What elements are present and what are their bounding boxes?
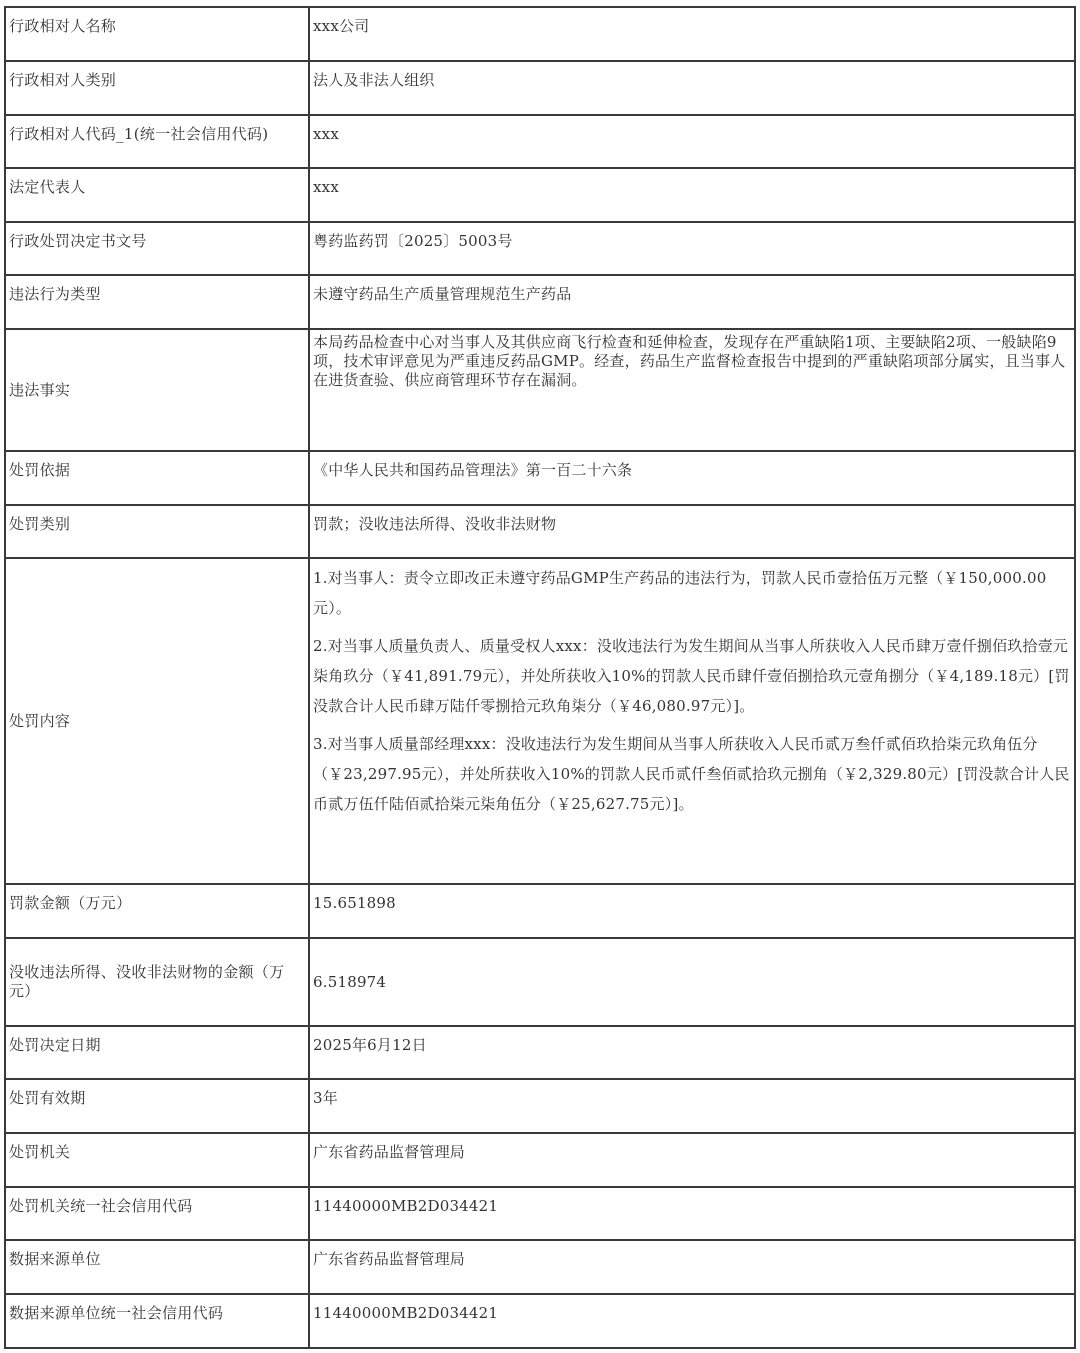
row-label: 违法事实 [5, 329, 309, 451]
penalty-item-3: 3.对当事人质量部经理xxx：没收违法行为发生期间从当事人所获收入人民币贰万叁仟… [313, 729, 1070, 819]
row-value: 广东省药品监督管理局 [309, 1240, 1075, 1294]
row-label: 数据来源单位统一社会信用代码 [5, 1294, 309, 1348]
row-label: 处罚依据 [5, 451, 309, 505]
row-value: 本局药品检查中心对当事人及其供应商飞行检查和延伸检查，发现存在严重缺陷1项、主要… [309, 329, 1075, 451]
row-label: 行政处罚决定书文号 [5, 222, 309, 275]
row-value: xxx公司 [309, 7, 1075, 61]
row-value: 15.651898 [309, 884, 1075, 938]
table-row-penalty-content: 处罚内容 1.对当事人：责令立即改正未遵守药品GMP生产药品的违法行为，罚款人民… [5, 558, 1075, 884]
row-value: xxx [309, 168, 1075, 222]
row-value: 粤药监药罚〔2025〕5003号 [309, 222, 1075, 275]
row-label: 行政相对人名称 [5, 7, 309, 61]
row-value: 1.对当事人：责令立即改正未遵守药品GMP生产药品的违法行为，罚款人民币壹拾伍万… [309, 558, 1075, 884]
penalty-info-table: 行政相对人名称 xxx公司 行政相对人类别 法人及非法人组织 行政相对人代码_1… [4, 6, 1076, 1349]
row-label: 没收违法所得、没收非法财物的金额（万元） [5, 938, 309, 1026]
row-label: 罚款金额（万元） [5, 884, 309, 938]
row-value: 《中华人民共和国药品管理法》第一百二十六条 [309, 451, 1075, 505]
penalty-item-2: 2.对当事人质量负责人、质量受权人xxx：没收违法行为发生期间从当事人所获收入人… [313, 631, 1070, 721]
row-value: 未遵守药品生产质量管理规范生产药品 [309, 275, 1075, 329]
row-label: 数据来源单位 [5, 1240, 309, 1294]
table-row-data-source-credit-code: 数据来源单位统一社会信用代码 11440000MB2D034421 [5, 1294, 1075, 1348]
row-value: xxx [309, 115, 1075, 168]
row-value: 广东省药品监督管理局 [309, 1133, 1075, 1187]
table-row-violation-facts: 违法事实 本局药品检查中心对当事人及其供应商飞行检查和延伸检查，发现存在严重缺陷… [5, 329, 1075, 451]
table-row-party-name: 行政相对人名称 xxx公司 [5, 7, 1075, 61]
row-label: 违法行为类型 [5, 275, 309, 329]
row-label: 处罚机关统一社会信用代码 [5, 1187, 309, 1240]
table-row-decision-number: 行政处罚决定书文号 粤药监药罚〔2025〕5003号 [5, 222, 1075, 275]
row-value: 2025年6月12日 [309, 1026, 1075, 1079]
table-row-decision-date: 处罚决定日期 2025年6月12日 [5, 1026, 1075, 1079]
row-label: 法定代表人 [5, 168, 309, 222]
table-row-legal-representative: 法定代表人 xxx [5, 168, 1075, 222]
table-row-violation-type: 违法行为类型 未遵守药品生产质量管理规范生产药品 [5, 275, 1075, 329]
row-value: 3年 [309, 1079, 1075, 1133]
table-row-authority-credit-code: 处罚机关统一社会信用代码 11440000MB2D034421 [5, 1187, 1075, 1240]
row-label: 行政相对人代码_1(统一社会信用代码) [5, 115, 309, 168]
row-value: 法人及非法人组织 [309, 61, 1075, 115]
table-row-fine-amount: 罚款金额（万元） 15.651898 [5, 884, 1075, 938]
table-row-party-category: 行政相对人类别 法人及非法人组织 [5, 61, 1075, 115]
row-label: 处罚内容 [5, 558, 309, 884]
row-value: 6.518974 [309, 938, 1075, 1026]
row-value: 11440000MB2D034421 [309, 1187, 1075, 1240]
table-row-penalty-category: 处罚类别 罚款；没收违法所得、没收非法财物 [5, 505, 1075, 558]
row-label: 行政相对人类别 [5, 61, 309, 115]
row-label: 处罚决定日期 [5, 1026, 309, 1079]
row-label: 处罚机关 [5, 1133, 309, 1187]
table-row-confiscation-amount: 没收违法所得、没收非法财物的金额（万元） 6.518974 [5, 938, 1075, 1026]
row-value: 11440000MB2D034421 [309, 1294, 1075, 1348]
table-row-party-code: 行政相对人代码_1(统一社会信用代码) xxx [5, 115, 1075, 168]
row-label: 处罚有效期 [5, 1079, 309, 1133]
penalty-item-1: 1.对当事人：责令立即改正未遵守药品GMP生产药品的违法行为，罚款人民币壹拾伍万… [313, 563, 1070, 623]
table-row-penalty-authority: 处罚机关 广东省药品监督管理局 [5, 1133, 1075, 1187]
table-row-penalty-basis: 处罚依据 《中华人民共和国药品管理法》第一百二十六条 [5, 451, 1075, 505]
table-row-data-source: 数据来源单位 广东省药品监督管理局 [5, 1240, 1075, 1294]
row-label: 处罚类别 [5, 505, 309, 558]
row-value: 罚款；没收违法所得、没收非法财物 [309, 505, 1075, 558]
table-row-validity-period: 处罚有效期 3年 [5, 1079, 1075, 1133]
